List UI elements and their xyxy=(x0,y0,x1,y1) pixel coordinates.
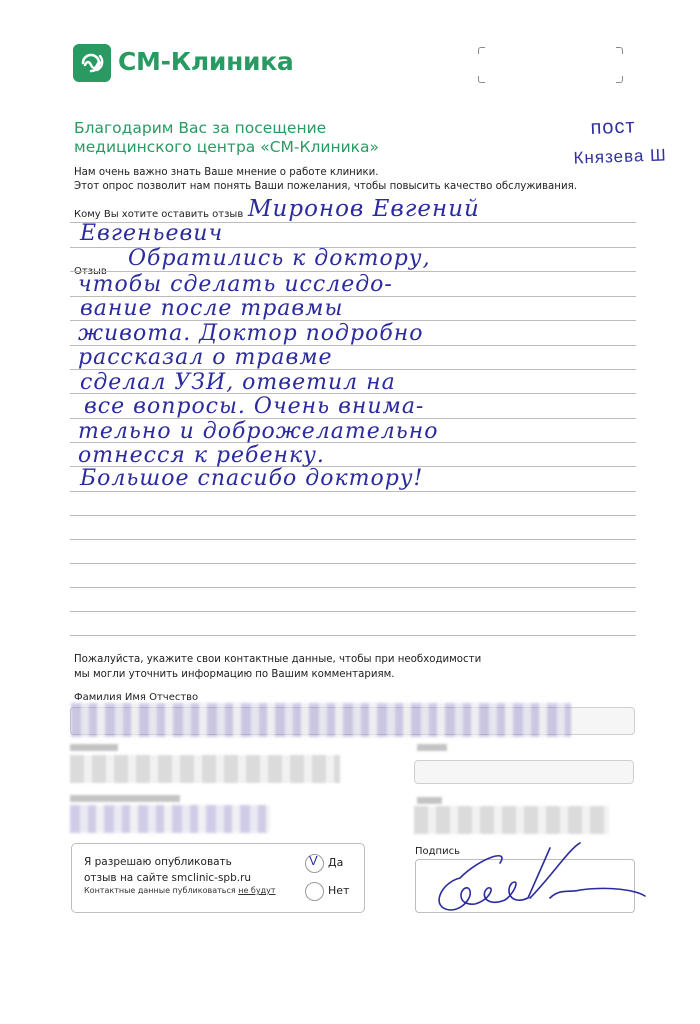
contact-prompt: Пожалуйста, укажите свои контактные данн… xyxy=(74,652,481,682)
radio-no-label: Нет xyxy=(328,884,349,897)
handwritten-note: пост Князева Ш xyxy=(572,110,667,173)
intro-line-1: Нам очень важно знать Ваше мнение о рабо… xyxy=(74,166,577,180)
phone-field[interactable] xyxy=(70,755,340,783)
date-field[interactable] xyxy=(70,805,270,833)
contact-prompt-line-1: Пожалуйста, укажите свои контактные данн… xyxy=(74,652,481,667)
consent-line-1: Я разрешаю опубликовать xyxy=(84,854,251,870)
intro-text: Нам очень важно знать Ваше мнение о рабо… xyxy=(74,166,577,194)
checkmark-icon: V xyxy=(309,853,318,868)
consent-note-emphasis: не будут xyxy=(238,886,275,895)
review-line: тельно и доброжелательно xyxy=(78,419,678,444)
title-line-1: Благодарим Вас за посещение xyxy=(74,119,494,138)
ruled-line xyxy=(70,635,636,636)
sm-clinic-logo-icon xyxy=(73,44,111,82)
page-title: Благодарим Вас за посещение медицинского… xyxy=(74,119,494,157)
brand-name: СМ-Клиника xyxy=(118,47,294,76)
contact-prompt-line-2: мы могли уточнить информацию по Вашим ко… xyxy=(74,667,481,682)
review-line: рассказал о травме xyxy=(78,345,678,370)
review-line: Большое спасибо доктору! xyxy=(80,466,680,491)
extra-field[interactable] xyxy=(414,806,609,834)
review-line: отнесся к ребенку. xyxy=(78,443,678,468)
radio-yes[interactable]: V xyxy=(305,854,324,873)
consent-note-prefix: Контактные данные публиковаться xyxy=(84,886,238,895)
phone-label-redacted xyxy=(70,744,118,751)
review-line: чтобы сделать исследо- xyxy=(78,272,678,297)
signature-scribble-icon xyxy=(420,838,660,928)
consent-line-2: отзыв на сайте smclinic-spb.ru xyxy=(84,870,251,886)
fio-label: Фамилия Имя Отчество xyxy=(74,692,198,703)
date-label-redacted xyxy=(70,795,180,802)
review-line: сделал УЗИ, ответил на xyxy=(80,370,680,395)
review-line: живота. Доктор подробно xyxy=(78,321,678,346)
consent-text: Я разрешаю опубликовать отзыв на сайте s… xyxy=(84,854,251,886)
intro-line-2: Этот опрос позволит нам понять Ваши поже… xyxy=(74,180,577,194)
publish-consent-box: Я разрешаю опубликовать отзыв на сайте s… xyxy=(71,843,365,913)
recipient-value-line-1: Миронов Евгений xyxy=(248,196,700,222)
ruled-line xyxy=(70,563,636,564)
ruled-line xyxy=(70,587,636,588)
radio-no[interactable] xyxy=(305,882,324,901)
ruled-line xyxy=(70,539,636,540)
consent-note: Контактные данные публиковаться не будут xyxy=(84,886,276,895)
note-line-2: Князева Ш xyxy=(573,140,667,173)
ruled-line xyxy=(70,515,636,516)
review-line: Обратились к доктору, xyxy=(128,246,700,271)
title-line-2: медицинского центра «СМ-Клиника» xyxy=(74,138,494,157)
note-line-1: пост xyxy=(572,110,666,143)
review-line: все вопросы. Очень внима- xyxy=(84,394,684,419)
review-line: вание после травмы xyxy=(80,296,680,321)
recipient-label: Кому Вы хотите оставить отзыв xyxy=(74,209,243,220)
extra-label-redacted xyxy=(417,797,442,804)
ruled-line xyxy=(70,222,636,223)
recipient-value-line-2: Евгеньевич xyxy=(80,221,680,246)
stamp-area xyxy=(478,47,623,83)
email-field[interactable] xyxy=(414,760,634,784)
email-label-redacted xyxy=(417,744,447,751)
ruled-line xyxy=(70,491,636,492)
redacted-fio-value xyxy=(71,703,571,737)
radio-yes-label: Да xyxy=(328,856,343,869)
fio-field[interactable] xyxy=(70,707,635,735)
ruled-line xyxy=(70,611,636,612)
